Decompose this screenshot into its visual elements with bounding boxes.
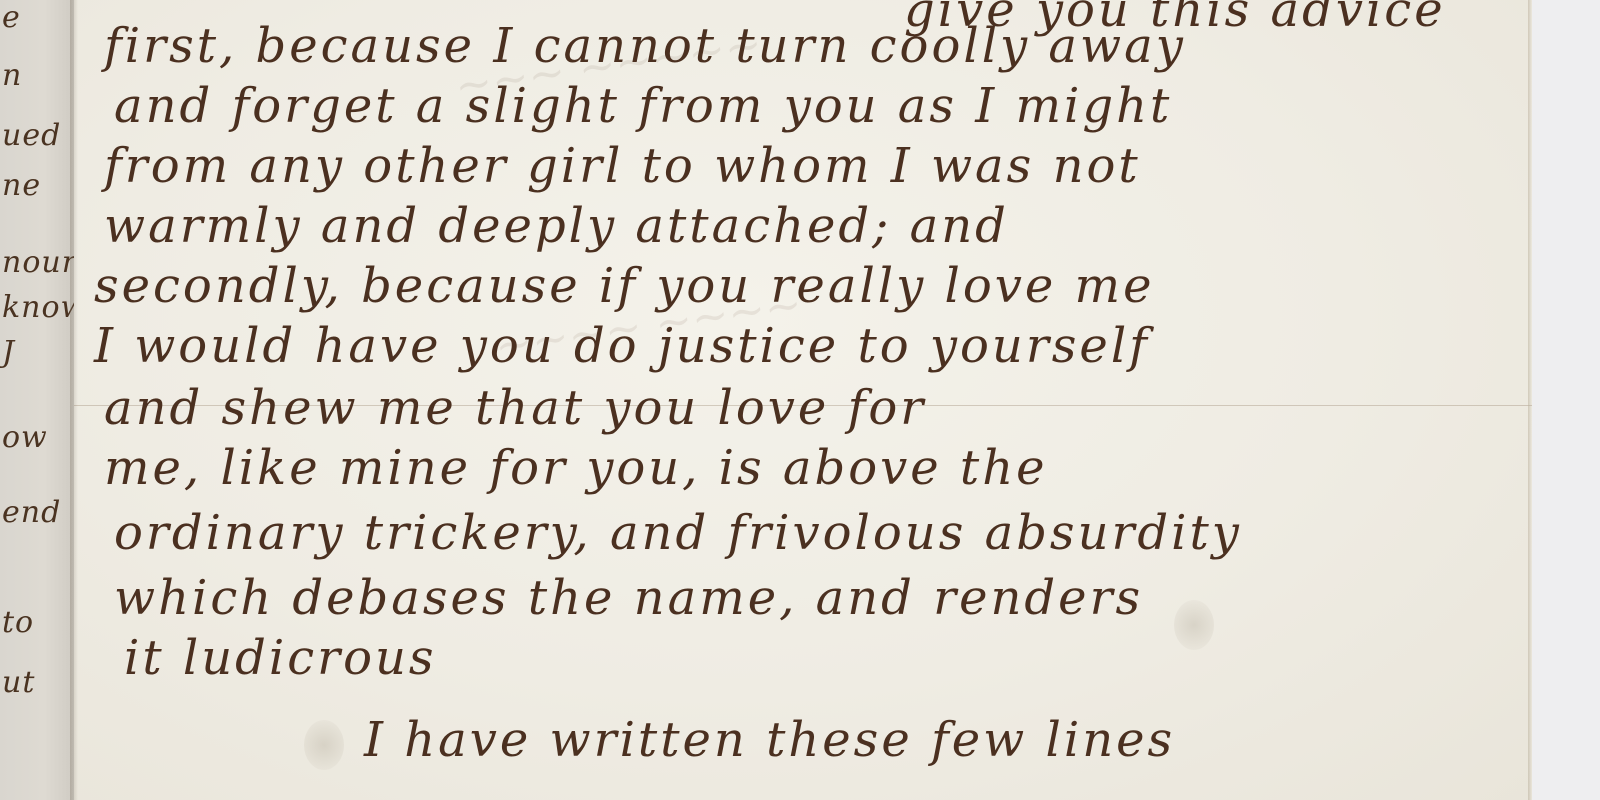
handwritten-line: and shew me that you love for	[104, 380, 926, 436]
handwritten-line: me, like mine for you, is above the	[104, 440, 1048, 496]
paper-stain	[1174, 600, 1214, 650]
adjacent-page-strip: e n ued ne nour know J ow end to ut	[0, 0, 74, 800]
margin-fragment: nour	[2, 245, 74, 280]
background-margin	[1532, 0, 1600, 800]
handwritten-line: from any other girl to whom I was not	[104, 138, 1141, 194]
margin-fragment: n	[2, 58, 22, 93]
margin-fragment: e	[2, 0, 21, 35]
handwritten-line: warmly and deeply attached; and	[104, 198, 1009, 254]
letter-page: ~~~ ~~~~~ ~~~~ ~~~~ give you this advice…	[74, 0, 1532, 800]
handwritten-line: first, because I cannot turn coolly away	[104, 18, 1186, 74]
margin-fragment: know	[2, 290, 74, 325]
margin-fragment: ut	[2, 665, 35, 700]
margin-fragment: to	[2, 605, 34, 640]
page-gutter-shadow	[70, 0, 78, 800]
handwritten-line: I have written these few lines	[364, 712, 1175, 768]
handwritten-line: ordinary trickery, and frivolous absurdi…	[114, 505, 1242, 561]
margin-fragment: ne	[2, 168, 41, 203]
handwritten-line: and forget a slight from you as I might	[114, 78, 1172, 134]
margin-fragment: end	[2, 495, 61, 530]
paper-stain	[304, 720, 344, 770]
margin-fragment: J	[2, 335, 15, 370]
handwritten-line: I would have you do justice to yourself	[94, 318, 1150, 374]
margin-fragment: ued	[2, 118, 61, 153]
margin-fragment: ow	[2, 420, 48, 455]
document-photo: e n ued ne nour know J ow end to ut ~~~ …	[0, 0, 1600, 800]
handwritten-line: secondly, because if you really love me	[94, 258, 1154, 314]
handwritten-line: which debases the name, and renders	[114, 570, 1143, 626]
handwritten-line: it ludicrous	[124, 630, 437, 686]
